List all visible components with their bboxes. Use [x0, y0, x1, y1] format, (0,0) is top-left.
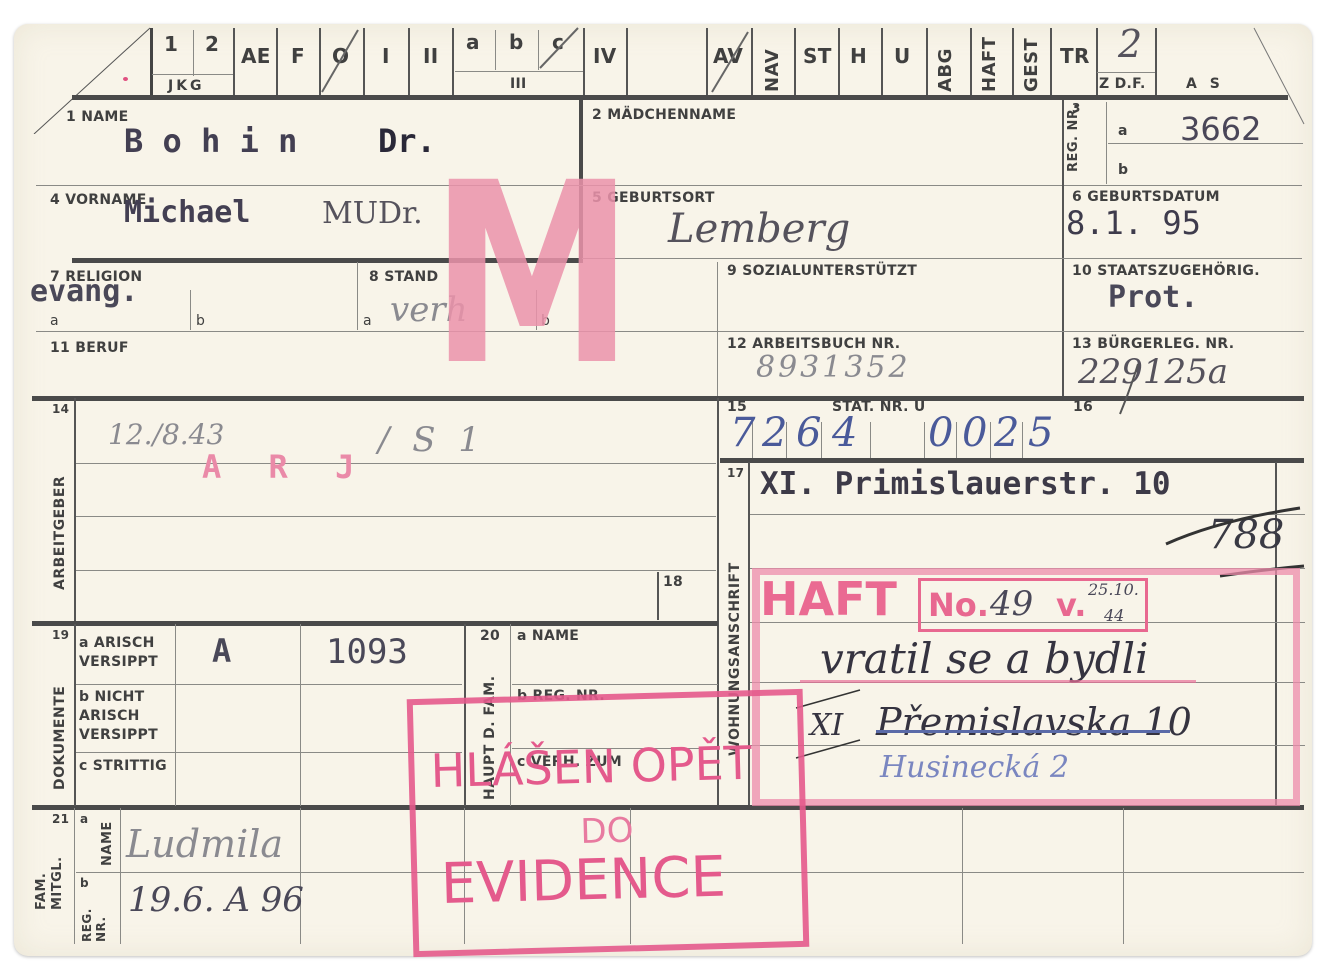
label-dokumente-num: 19 — [52, 628, 69, 642]
value-wohnung-line5: Husinecká 2 — [880, 750, 1069, 785]
label-arbeitgeber: ARBEITGEBER — [52, 476, 68, 590]
stamp-m: M — [430, 150, 634, 400]
label-fam-a: a — [80, 812, 88, 826]
value-name-title-struck: Dr. — [378, 122, 436, 160]
label-haupt-num: 20 — [480, 628, 500, 644]
value-dok-a-1: A — [212, 632, 231, 670]
stamp-arj: A R J — [202, 448, 368, 486]
value-stat-b3: 2 — [994, 410, 1019, 456]
label-reg-b: b — [1118, 162, 1128, 178]
label-arbeitgeber-num: 14 — [52, 402, 69, 416]
label-fam-num: 21 — [52, 812, 69, 826]
label-sozial: 9 SOZIALUNTERSTÜTZT — [727, 263, 917, 279]
label-fam-reg: REG. NR. — [80, 882, 108, 942]
value-wohnung-line1: XI. Primislauerstr. 10 — [760, 466, 1171, 502]
stamp-hlasen-line2: DO — [580, 811, 634, 852]
label-religion-b: b — [196, 313, 205, 329]
value-religion: evang. — [30, 274, 138, 309]
value-stat-a3: 6 — [796, 410, 821, 456]
value-arbeitgeber-code: / S 1 — [378, 420, 486, 460]
label-name: 1 NAME — [66, 109, 128, 125]
label-wohnung-num: 17 — [727, 466, 744, 480]
value-stat-b1: 0 — [928, 410, 953, 456]
value-stat-a4: 4 — [832, 410, 857, 456]
value-fam-reg: 19.6. A 96 — [128, 880, 304, 920]
label-dok-c: c STRITTIG — [79, 757, 171, 776]
label-reg-nr: REG. NR. — [1066, 103, 1081, 172]
label-buergerleg: 13 BÜRGERLEG. NR. — [1072, 336, 1234, 352]
value-name: B o h i n — [124, 122, 297, 160]
value-wohnung-line4-struck: Přemislavska 10 — [876, 700, 1192, 744]
value-vorname-title: MUDr. — [322, 196, 423, 231]
stamp-hlasen-line3: EVIDENCE — [440, 845, 727, 917]
label-field18: 18 — [663, 574, 683, 590]
label-fam-mitgl: FAM. MITGL. — [34, 830, 66, 910]
stamp-haft-v: v. — [1056, 586, 1086, 624]
value-haft-date-2: 44 — [1104, 606, 1124, 625]
label-dok-a: a ARISCH VERSIPPT — [79, 634, 171, 672]
header-strike-marks — [0, 0, 1333, 110]
label-stand: 8 STAND — [369, 269, 438, 285]
value-haft-date-1: 25.10. — [1088, 580, 1139, 599]
label-beruf: 11 BERUF — [50, 340, 129, 356]
label-staats: 10 STAATSZUGEHÖRIG. — [1072, 263, 1260, 279]
label-haupt-a: a NAME — [517, 628, 579, 644]
value-dok-a-2: 1093 — [326, 632, 408, 672]
stamp-hlasen-line1: HLÁŠEN OPĚT — [430, 736, 752, 798]
label-field16: 16 — [1073, 399, 1093, 415]
value-arbeitsbuch: 8931352 — [756, 350, 911, 385]
label-fam-name: NAME — [100, 821, 115, 866]
stamp-haft: HAFT — [760, 572, 897, 626]
strike-line — [876, 730, 1170, 733]
value-staats: Prot. — [1108, 280, 1198, 315]
label-stand-a: a — [363, 313, 372, 329]
value-fam-name: Ludmila — [126, 822, 283, 866]
label-religion-a: a — [50, 313, 59, 329]
value-stat-b4: 5 — [1028, 410, 1053, 456]
value-haft-no: 49 — [990, 584, 1033, 624]
pen-tick — [1100, 360, 1150, 420]
pen-lines — [1160, 490, 1310, 580]
value-wohnung-line4-prefix: XI — [810, 708, 843, 743]
label-dokumente: DOKUMENTE — [52, 686, 68, 790]
value-stat-b2: 0 — [962, 410, 987, 456]
label-dok-b: b NICHT ARISCH VERSIPPT — [79, 688, 171, 745]
value-stat-a1: 7 — [730, 410, 755, 456]
value-stat-a2: 2 — [762, 410, 787, 456]
value-wohnung-line3: vratil se a bydli — [820, 634, 1148, 683]
label-maedchenname: 2 MÄDCHENNAME — [592, 107, 736, 123]
label-geburtsdatum: 6 GEBURTSDATUM — [1072, 189, 1220, 205]
label-reg-a: a — [1118, 123, 1128, 139]
value-geburtsort: Lemberg — [668, 206, 850, 252]
value-geburtsdatum: 8.1. 95 — [1066, 204, 1201, 242]
value-arbeitgeber-note: 12./8.43 — [108, 418, 224, 451]
value-reg-a: 3662 — [1180, 110, 1261, 148]
stamp-haft-no-label: No. — [928, 586, 989, 624]
value-vorname: Michael — [124, 195, 250, 230]
